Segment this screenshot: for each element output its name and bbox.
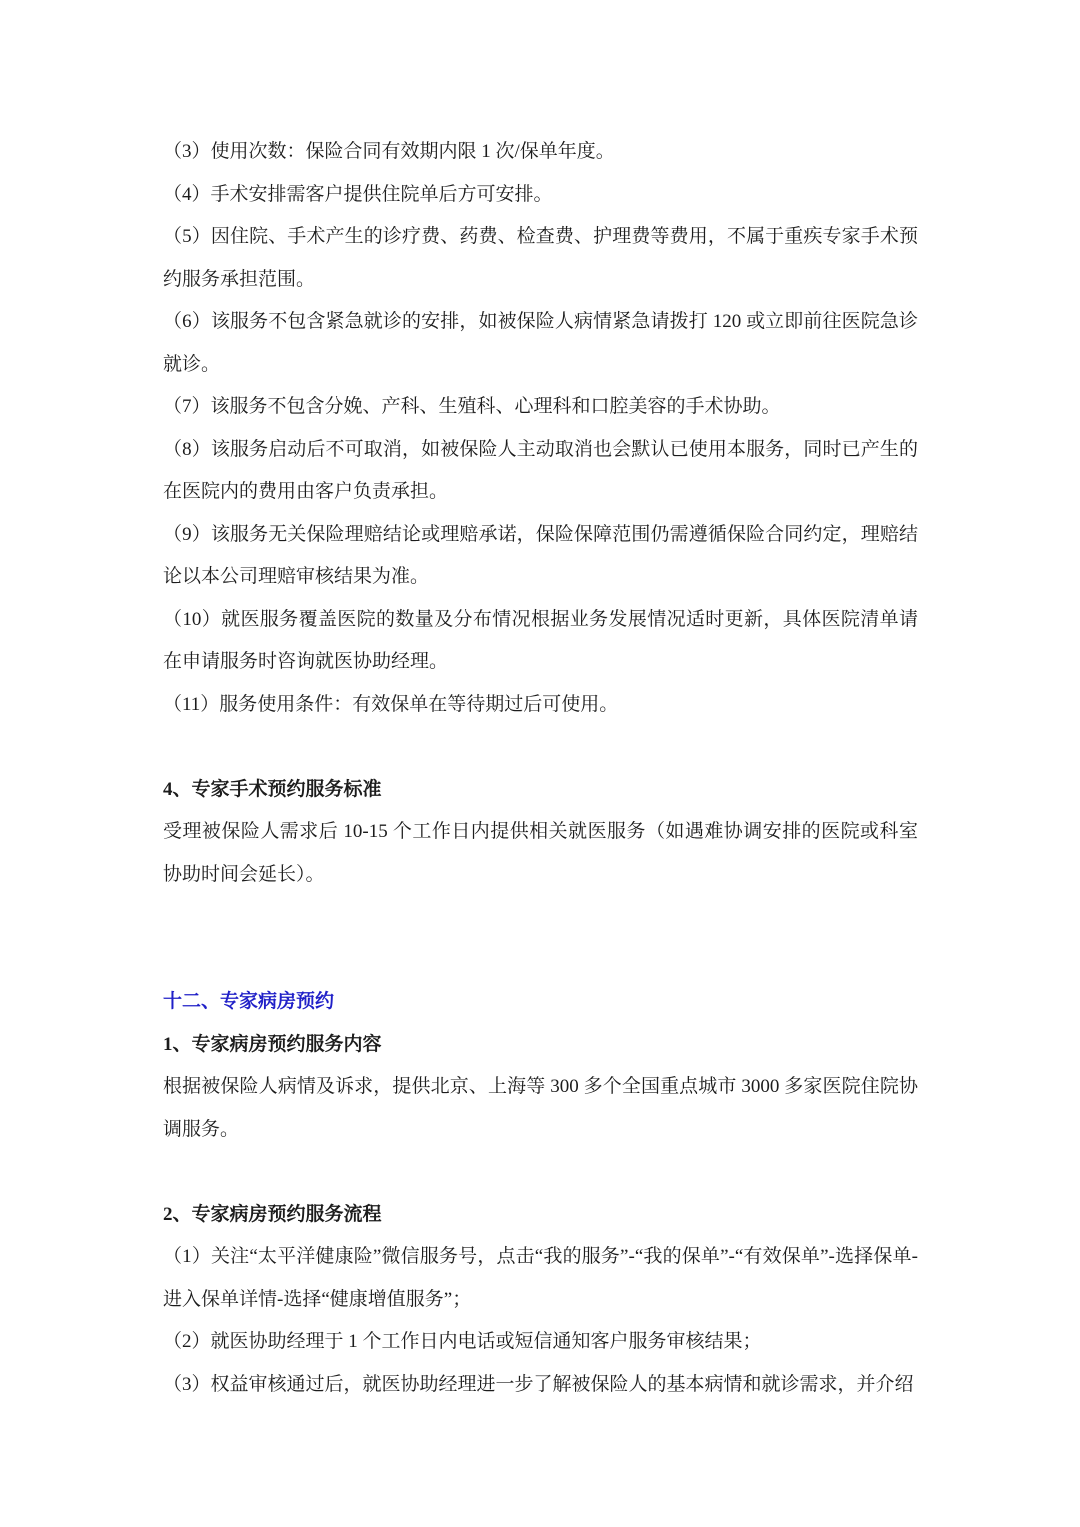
process-step-1: （1）关注“太平洋健康险”微信服务号，点击“我的服务”-“我的保单”-“有效保单…	[163, 1236, 918, 1321]
clause-item-10: （10）就医服务覆盖医院的数量及分布情况根据业务发展情况适时更新，具体医院清单请…	[163, 599, 918, 684]
section-heading-12-ward-booking: 十二、专家病房预约	[163, 981, 918, 1024]
heading-surgery-service-standard: 4、专家手术预约服务标准	[163, 769, 918, 812]
para-surgery-service-standard: 受理被保险人需求后 10-15 个工作日内提供相关就医服务（如遇难协调安排的医院…	[163, 811, 918, 896]
clause-item-8: （8）该服务启动后不可取消，如被保险人主动取消也会默认已使用本服务，同时已产生的…	[163, 429, 918, 514]
clause-item-6: （6）该服务不包含紧急就诊的安排，如被保险人病情紧急请拨打 120 或立即前往医…	[163, 301, 918, 386]
process-step-2: （2）就医协助经理于 1 个工作日内电话或短信通知客户服务审核结果；	[163, 1321, 918, 1364]
para-ward-service-content: 根据被保险人病情及诉求，提供北京、上海等 300 多个全国重点城市 3000 多…	[163, 1066, 918, 1151]
spacer-line	[163, 896, 918, 939]
heading-ward-service-content: 1、专家病房预约服务内容	[163, 1024, 918, 1067]
spacer-line	[163, 1151, 918, 1194]
clause-item-5: （5）因住院、手术产生的诊疗费、药费、检查费、护理费等费用，不属于重疾专家手术预…	[163, 216, 918, 301]
clause-item-7: （7）该服务不包含分娩、产科、生殖科、心理科和口腔美容的手术协助。	[163, 386, 918, 429]
clause-item-4: （4）手术安排需客户提供住院单后方可安排。	[163, 174, 918, 217]
process-step-3: （3）权益审核通过后，就医协助经理进一步了解被保险人的基本病情和就诊需求，并介绍	[163, 1364, 918, 1407]
clause-item-9: （9）该服务无关保险理赔结论或理赔承诺，保险保障范围仍需遵循保险合同约定，理赔结…	[163, 514, 918, 599]
spacer-line	[163, 726, 918, 769]
heading-ward-service-process: 2、专家病房预约服务流程	[163, 1194, 918, 1237]
clause-item-3: （3）使用次数：保险合同有效期内限 1 次/保单年度。	[163, 131, 918, 174]
clause-item-11: （11）服务使用条件：有效保单在等待期过后可使用。	[163, 684, 918, 727]
spacer-line	[163, 939, 918, 982]
document-page: （3）使用次数：保险合同有效期内限 1 次/保单年度。 （4）手术安排需客户提供…	[0, 0, 1080, 1527]
